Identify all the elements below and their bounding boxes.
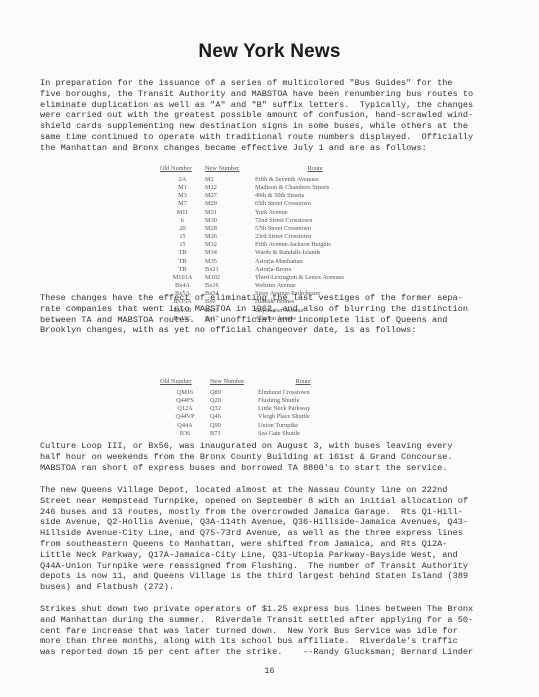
route-name-cell: 57th Street Crosstown — [255, 225, 375, 233]
table-row: 15M32Fifth Avenue-Jackson Heights — [160, 241, 375, 249]
old-number-cell: B36 — [160, 430, 210, 438]
new-number-cell: Q46 — [210, 413, 258, 421]
route-name-cell: Union Turnpike — [258, 422, 348, 430]
table-row: B36B73Sea Gate Shuttle — [160, 430, 348, 438]
old-number-cell: TB — [160, 249, 205, 257]
new-number-cell: M26 — [205, 233, 255, 241]
route-name-cell: York Avenue — [255, 209, 375, 217]
table-row: 6M3072nd Street Crosstown — [160, 217, 375, 225]
table-row: M1M22Madison & Chambers Streets — [160, 184, 375, 192]
old-number-cell: 2A — [160, 176, 205, 184]
col-header-route: Route — [255, 165, 375, 176]
table-row: TBBx21Astoria-Bronx — [160, 266, 375, 274]
new-number-cell: Bx16 — [205, 282, 255, 290]
old-number-cell: Q44FS — [160, 397, 210, 405]
table-row: 15M2623rd Street Crosstown — [160, 233, 375, 241]
col-header-old-number: Old Number — [160, 165, 205, 176]
table-row: TBM34Wards & Randalls Islands — [160, 249, 375, 257]
table-row: Q44AQ99Union Turnpike — [160, 422, 348, 430]
table-row: M7M2965th Street Crosstown — [160, 200, 375, 208]
route-name-cell: Little Neck Parkway — [258, 405, 348, 413]
new-number-cell: Q99 — [210, 422, 258, 430]
old-number-cell: 6 — [160, 217, 205, 225]
old-number-cell: M3 — [160, 192, 205, 200]
route-name-cell: Fifth & Seventh Avenues — [255, 176, 375, 184]
table-row: M11M31York Avenue — [160, 209, 375, 217]
route-name-cell: 23rd Street Crosstown — [255, 233, 375, 241]
route-name-cell: Third-Lexington & Lenox Avenues — [255, 274, 375, 282]
route-name-cell: 65th Street Crosstown — [255, 200, 375, 208]
old-number-cell: 15 — [160, 233, 205, 241]
new-number-cell: M22 — [205, 184, 255, 192]
new-number-cell: M27 — [205, 192, 255, 200]
table-row: Q44FSQ20Flushing Shuttle — [160, 397, 348, 405]
old-number-cell: 15 — [160, 241, 205, 249]
new-number-cell: M29 — [205, 200, 255, 208]
table-row: M3M2749th & 50th Streets — [160, 192, 375, 200]
new-number-cell: M102 — [205, 274, 255, 282]
route-name-cell: Wards & Randalls Islands — [255, 249, 375, 257]
route-name-cell: Astoria-Bronx — [255, 266, 375, 274]
new-number-cell: Bx21 — [205, 266, 255, 274]
table-row: TBM35Astoria-Manhattan — [160, 258, 375, 266]
new-number-cell: B73 — [210, 430, 258, 438]
page-number: 16 — [0, 666, 539, 676]
table-row: 2AM2Fifth & Seventh Avenues — [160, 176, 375, 184]
new-number-cell: M2 — [205, 176, 255, 184]
table-row: Bx4ABx16Webster Avenue — [160, 282, 375, 290]
culture-loop-paragraph: Culture Loop III, or Bx56, was inaugurat… — [40, 441, 510, 473]
old-number-cell: TB — [160, 258, 205, 266]
table-row: 20M2857th Street Crosstown — [160, 225, 375, 233]
queens-brooklyn-route-table: Old Number New Number Route QM16Q89Elmhu… — [160, 378, 348, 438]
route-name-cell: Flushing Shuttle — [258, 397, 348, 405]
old-number-cell: Q44VP — [160, 413, 210, 421]
intro-paragraph: In preparation for the issuance of a ser… — [40, 78, 510, 154]
strikes-paragraph: Strikes shut down two private operators … — [40, 604, 510, 658]
route-name-cell: 49th & 50th Streets — [255, 192, 375, 200]
old-number-cell: Q12A — [160, 405, 210, 413]
queens-village-depot-paragraph: The new Queens Village Depot, located al… — [40, 485, 510, 593]
new-number-cell: M35 — [205, 258, 255, 266]
col-header-new-number: New Number — [205, 165, 255, 176]
route-name-cell: Vleigh Place Shuttle — [258, 413, 348, 421]
table-row: Q12AQ32Little Neck Parkway — [160, 405, 348, 413]
route-name-cell: Sea Gate Shuttle — [258, 430, 348, 438]
table-header-row: Old Number New Number Route — [160, 378, 348, 389]
old-number-cell: QM16 — [160, 389, 210, 397]
new-number-cell: M34 — [205, 249, 255, 257]
old-number-cell: 20 — [160, 225, 205, 233]
route-name-cell: Astoria-Manhattan — [255, 258, 375, 266]
effects-paragraph: These changes have the effect of elimina… — [40, 293, 510, 336]
route-name-cell: 72nd Street Crosstown — [255, 217, 375, 225]
page-title: New York News — [0, 41, 539, 63]
old-number-cell: M11 — [160, 209, 205, 217]
old-number-cell: M101A — [160, 274, 205, 282]
newsletter-page: New York News In preparation for the iss… — [0, 0, 539, 697]
route-name-cell: Fifth Avenue-Jackson Heights — [255, 241, 375, 249]
table-row: M101AM102Third-Lexington & Lenox Avenues — [160, 274, 375, 282]
new-number-cell: Q89 — [210, 389, 258, 397]
new-number-cell: M32 — [205, 241, 255, 249]
route-name-cell: Webster Avenue — [255, 282, 375, 290]
new-number-cell: M31 — [205, 209, 255, 217]
col-header-new-number: New Number — [210, 378, 258, 389]
new-number-cell: M30 — [205, 217, 255, 225]
old-number-cell: Bx4A — [160, 282, 205, 290]
old-number-cell: M1 — [160, 184, 205, 192]
new-number-cell: Q20 — [210, 397, 258, 405]
table-row: QM16Q89Elmhurst Crosstown — [160, 389, 348, 397]
table-row: Q44VPQ46Vleigh Place Shuttle — [160, 413, 348, 421]
old-number-cell: TB — [160, 266, 205, 274]
new-number-cell: Q32 — [210, 405, 258, 413]
table-header-row: Old Number New Number Route — [160, 165, 375, 176]
route-name-cell: Madison & Chambers Streets — [255, 184, 375, 192]
old-number-cell: Q44A — [160, 422, 210, 430]
route-name-cell: Elmhurst Crosstown — [258, 389, 348, 397]
col-header-old-number: Old Number — [160, 378, 210, 389]
new-number-cell: M28 — [205, 225, 255, 233]
old-number-cell: M7 — [160, 200, 205, 208]
col-header-route: Route — [258, 378, 348, 389]
